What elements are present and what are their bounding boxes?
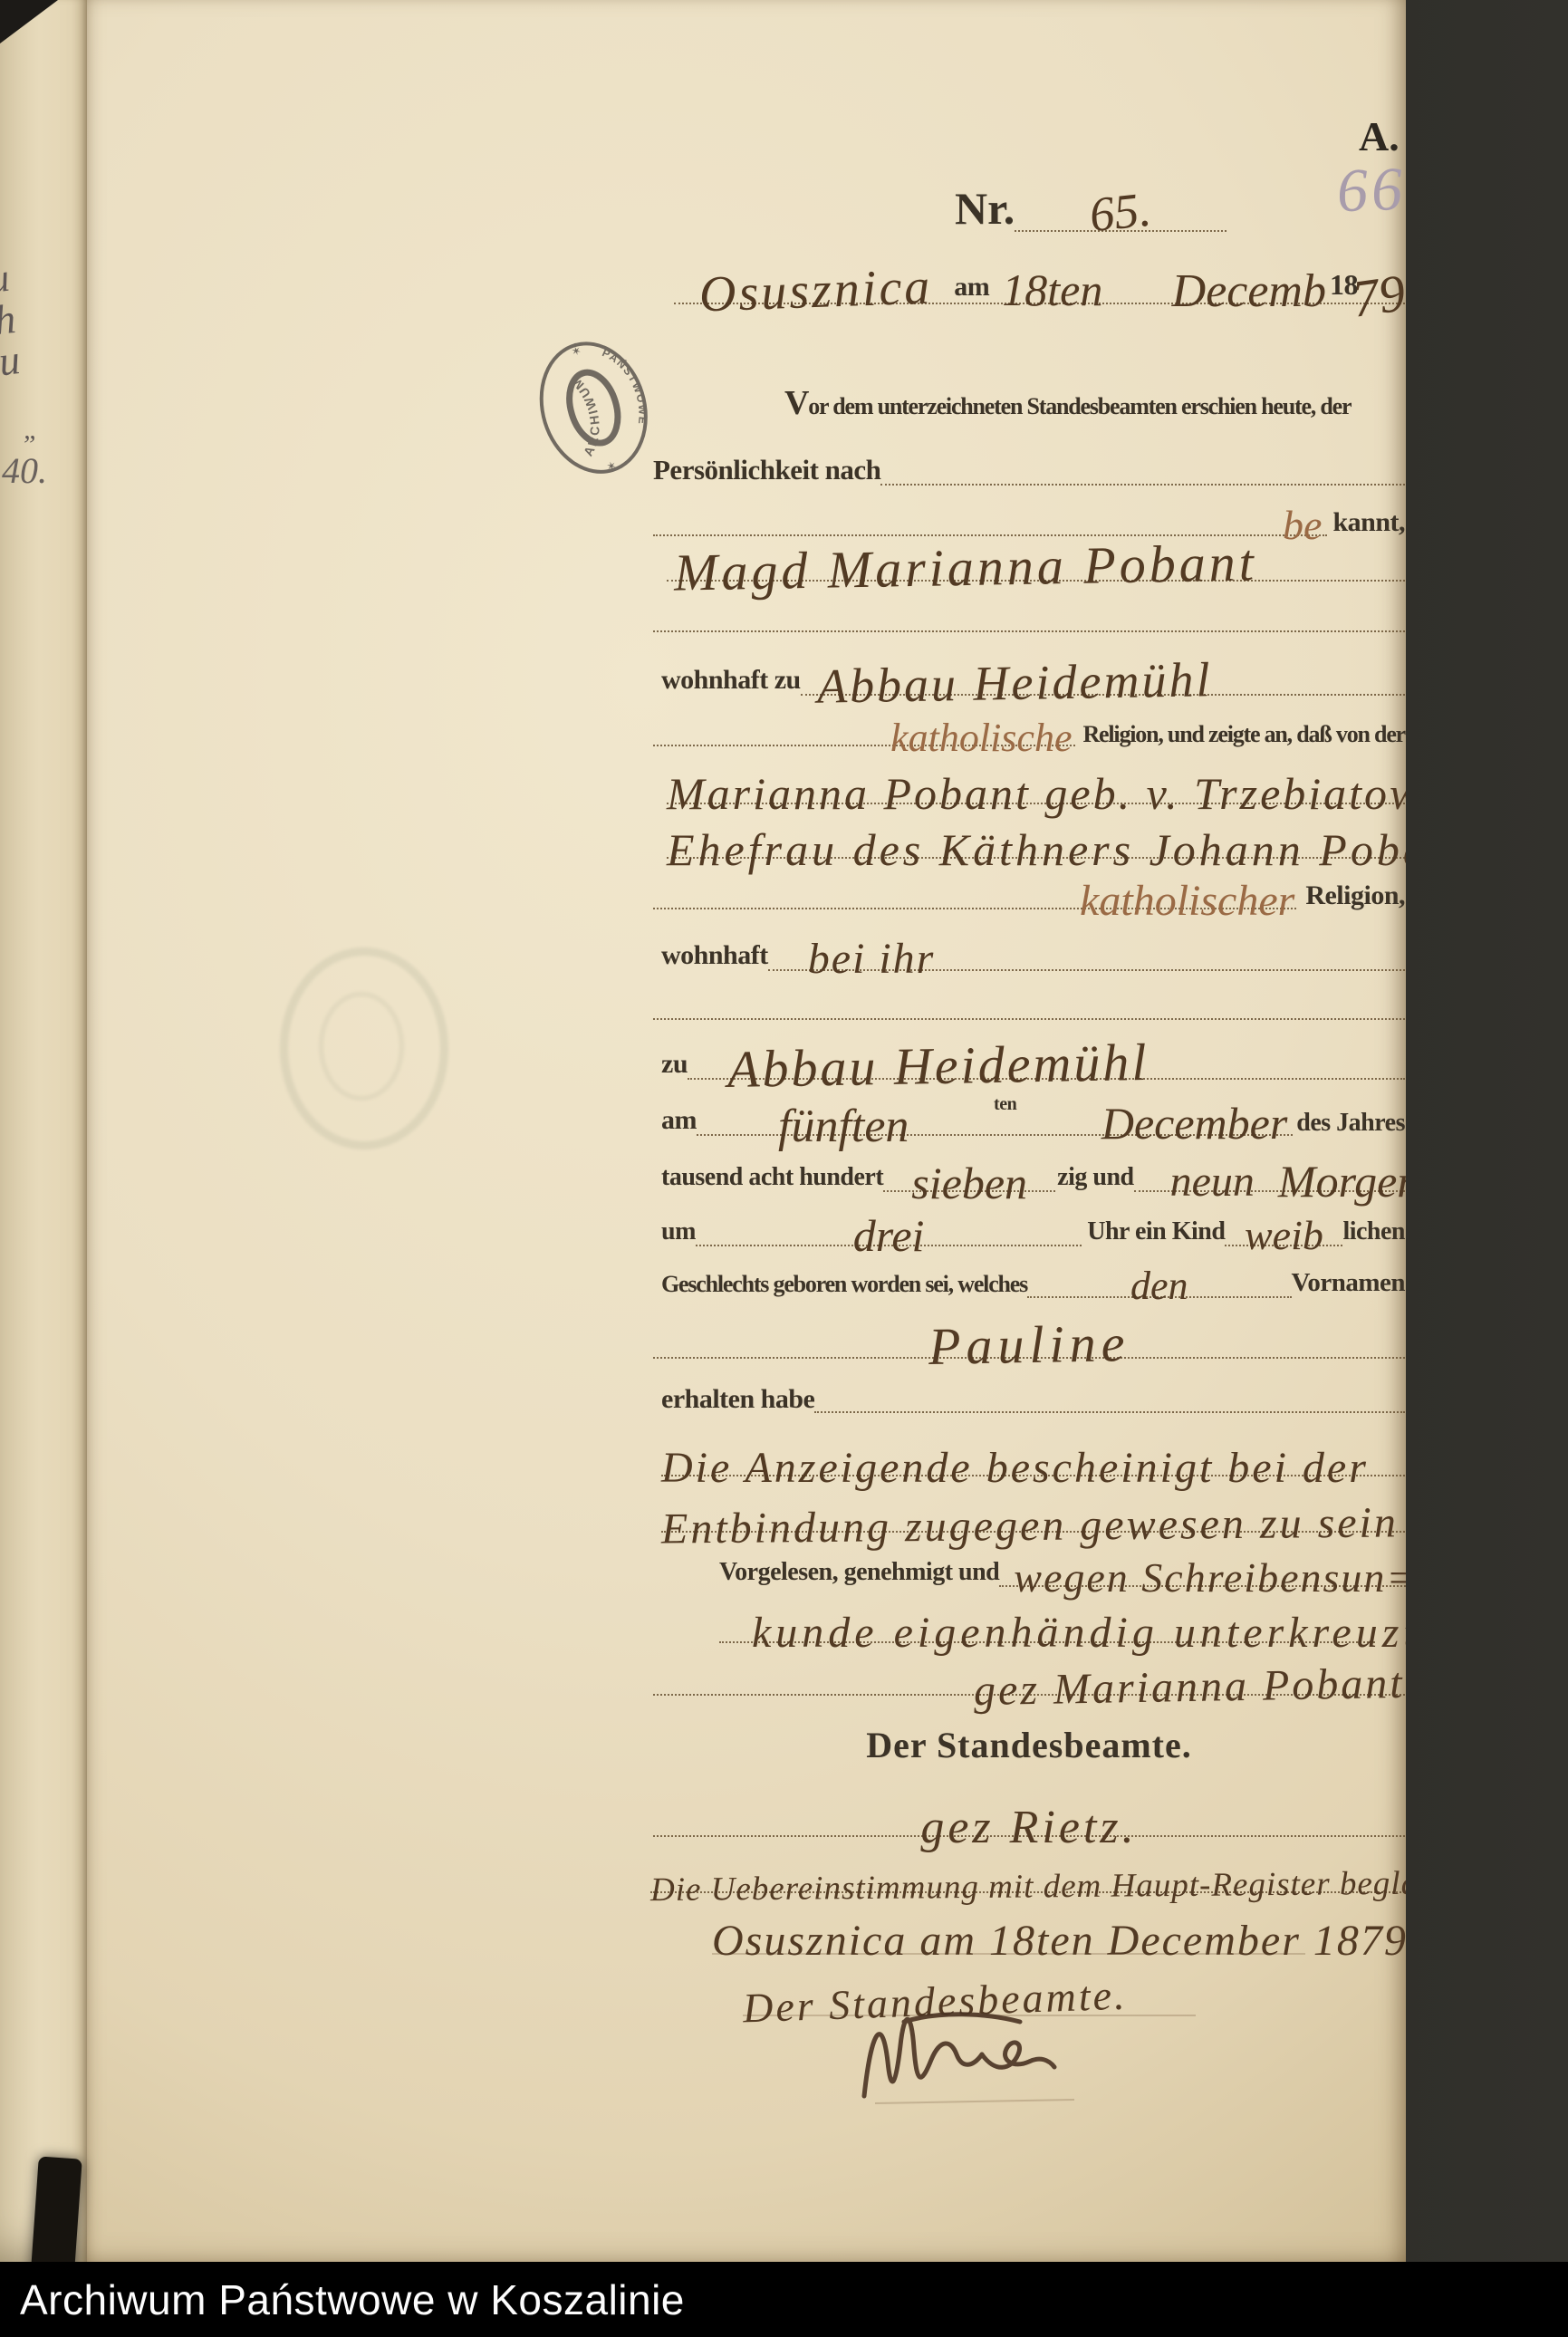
um-label: um	[661, 1218, 696, 1245]
father-row: Ehefrau des Käthners Johann Pobant	[667, 803, 1405, 859]
uhr-ein-kind-label: Uhr ein Kind	[1087, 1218, 1225, 1245]
dotted-fill: neun Morgens	[1134, 1160, 1406, 1193]
ten-suffix-label: ten	[994, 1095, 1016, 1114]
am-label: am	[954, 273, 989, 302]
wohnhaft-zu-label: wohnhaft zu	[661, 666, 801, 695]
residence-row: wohnhaft zu Abbau Heidemühl	[661, 640, 1405, 696]
religion2-entry: katholischer	[1080, 880, 1294, 922]
intro-row: Vor dem unterzeichneten Standesbeamten e…	[784, 380, 1405, 422]
lichen-label: lichen	[1342, 1218, 1405, 1245]
des-jahres-label: des Jahres	[1296, 1110, 1405, 1136]
archive-caption-label: Archiwum Państwowe w Koszalinie	[0, 2275, 685, 2324]
birthday-row: am fünften ten December des Jahres	[661, 1080, 1405, 1136]
religion1-row: katholische Religion, und zeigte an, daß…	[653, 699, 1405, 746]
nr-fill: 65.	[1015, 189, 1227, 232]
margin-ink-fragment: „	[24, 415, 39, 446]
certification-date-entry: Osusznica am 18ten December 1879.	[712, 1920, 1406, 1962]
scanned-civil-record: u h lu „ 40. A. 66 Nr. 65. Osusznica am …	[0, 0, 1568, 2337]
am-label: am	[661, 1106, 697, 1135]
blank-dotted-fill	[814, 1364, 1405, 1413]
pencil-folio-number: 66	[1336, 153, 1406, 227]
spacer	[1016, 1095, 1101, 1134]
intro-line: Vor dem unterzeichneten Standesbeamten e…	[784, 386, 1351, 422]
dotted-fill: bei ihr	[768, 938, 1405, 971]
child-name-row: Pauline	[653, 1299, 1405, 1359]
nr-value: 65.	[1088, 186, 1153, 238]
tausend-label: tausend acht hundert	[661, 1164, 883, 1190]
dotted-fill: Abbau Heidemühl	[688, 1041, 1405, 1080]
dotted-fill: katholische	[653, 719, 1075, 746]
wohnhaft-entry: bei ihr	[808, 938, 936, 980]
persoenlichkeit-label: Persönlichkeit nach	[653, 456, 880, 486]
dotted-fill: weib	[1225, 1216, 1342, 1246]
dotted-fill: den	[1027, 1267, 1291, 1298]
declarant-name-row: Magd Marianna Pobant	[667, 518, 1405, 582]
day-entry: 18ten	[1002, 269, 1102, 313]
registrar-signature-row: gez Rietz.	[653, 1783, 1405, 1837]
zig-und-label: zig und	[1057, 1164, 1133, 1190]
spacer	[1102, 232, 1171, 303]
closing-row: kunde eigenhändig unterkreuzt.	[719, 1589, 1375, 1643]
mother-row: Marianna Pobant geb. v. Trzebiatowski	[667, 748, 1405, 804]
dotted-fill: fünften ten December	[697, 1095, 1293, 1136]
birthyear-row: tausend acht hundert sieben zig und neun…	[661, 1138, 1405, 1192]
ghost-stamp	[280, 947, 448, 1149]
religion2-printed: Religion,	[1305, 881, 1405, 910]
spacer	[909, 1095, 994, 1134]
geschlechts-label: Geschlechts geboren worden sei, welches	[661, 1272, 1027, 1296]
birthplace-row: zu Abbau Heidemühl	[661, 1020, 1405, 1080]
note-row: Die Anzeigende bescheinigt bei der	[661, 1415, 1405, 1476]
dotted-fill: sieben	[883, 1162, 1055, 1193]
document-page: A. 66 Nr. 65. Osusznica am 18ten Decemb …	[87, 0, 1406, 2268]
vornamen-row: Geschlechts geboren worden sei, welches …	[661, 1248, 1405, 1298]
place-entry: Osusznica	[698, 263, 933, 319]
margin-ink-fragment: lu	[0, 335, 23, 387]
declarant-signature-entry: gez Marianna Pobant	[974, 1663, 1405, 1712]
wohnhaft-label: wohnhaft	[661, 941, 768, 970]
zu-label: zu	[661, 1050, 688, 1079]
dotted-fill: katholischer	[653, 880, 1296, 909]
religion2-row: katholischer Religion,	[653, 859, 1405, 909]
month-entry: Decemb	[1172, 269, 1326, 313]
registrar-heading-row: Der Standesbeamte.	[653, 1717, 1405, 1765]
declarant-signature-row: gez Marianna Pobant	[653, 1643, 1405, 1696]
declarant-name-entry: Magd Marianna Pobant	[674, 537, 1258, 597]
adjacent-page-edge: u h lu „ 40.	[0, 0, 87, 2268]
registrar-signature-flourish	[848, 2002, 1129, 2113]
archive-stamp-graphic: ARCHIWUM PAŃSTWOWE ✶ ✶	[518, 323, 669, 492]
note-row: Entbindung zugegen gewesen zu sein	[661, 1475, 1405, 1533]
blank-line	[653, 629, 1405, 632]
certification-row: Die Uebereinstimmung mit dem Haupt-Regis…	[650, 1841, 1406, 1893]
vorgelesen-row: Vorgelesen, genehmigt und wegen Schreibe…	[719, 1533, 1405, 1587]
vornamen-label: Vornamen	[1292, 1269, 1405, 1296]
religion1-printed: Religion, und zeigte an, daß von der	[1082, 722, 1405, 746]
persoenlichkeit-row: Persönlichkeit nach	[653, 446, 1405, 486]
certification-date-row: Osusznica am 18ten December 1879.	[712, 1895, 1305, 1955]
year-entry: 79	[1349, 267, 1406, 324]
nr-label: Nr.	[955, 185, 1015, 233]
dotted-fill: drei	[696, 1215, 1082, 1247]
archive-caption-bar: Archiwum Państwowe w Koszalinie	[0, 2262, 1568, 2337]
archive-stamp: ARCHIWUM PAŃSTWOWE ✶ ✶	[518, 323, 670, 496]
dotted-fill: Abbau Heidemühl	[801, 660, 1405, 696]
dotted-fill: wegen Schreibensun=	[999, 1558, 1406, 1587]
record-number-row: Nr. 65.	[955, 168, 1227, 232]
erhalten-habe-label: erhalten habe	[661, 1385, 814, 1414]
margin-folio-number: 40.	[2, 449, 47, 492]
vorgelesen-label: Vorgelesen, genehmigt und	[719, 1559, 999, 1585]
birth-hour-row: um drei Uhr ein Kind weib lichen	[661, 1194, 1405, 1246]
registrar-heading: Der Standesbeamte.	[866, 1726, 1191, 1765]
blank-dotted-fill	[880, 446, 1405, 486]
place-date-row: Osusznica am 18ten Decemb 18 79	[674, 232, 1405, 304]
erhalten-row: erhalten habe	[661, 1364, 1405, 1413]
wohnhaft2-row: wohnhaft bei ihr	[661, 918, 1405, 971]
